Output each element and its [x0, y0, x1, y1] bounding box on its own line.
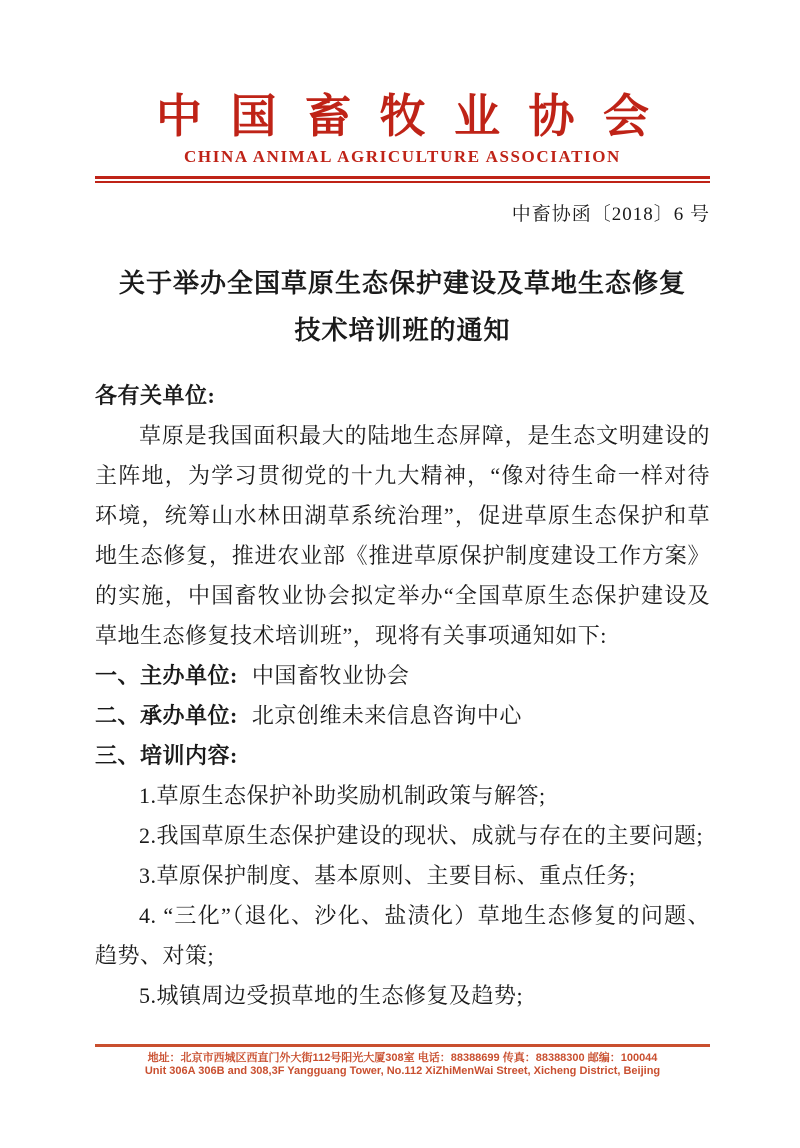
intro-paragraph: 草原是我国面积最大的陆地生态屏障，是生态文明建设的主阵地，为学习贯彻党的十九大精…	[95, 416, 710, 656]
doc-title: 关于举办全国草原生态保护建设及草地生态修复 技术培训班的通知	[95, 260, 710, 354]
training-item-4: 4. “三化”（退化、沙化、盐渍化）草地生态修复的问题、趋势、对策;	[95, 896, 710, 976]
section-organizer-label: 一、主办单位:	[95, 663, 238, 688]
org-name-chinese: 中国畜牧业协会	[95, 92, 739, 143]
doc-title-line1: 关于举办全国草原生态保护建设及草地生态修复	[95, 260, 710, 307]
doc-body: 各有关单位: 草原是我国面积最大的陆地生态屏障，是生态文明建设的主阵地，为学习贯…	[95, 376, 710, 1016]
section-undertaker-label: 二、承办单位:	[95, 703, 238, 728]
training-item-1: 1.草原生态保护补助奖励机制政策与解答;	[95, 776, 710, 816]
footer-text: 地址：北京市西城区西直门外大街112号阳光大厦308室 电话：88388699 …	[95, 1052, 710, 1078]
document-page: 中国畜牧业协会 CHINA ANIMAL AGRICULTURE ASSOCIA…	[0, 0, 800, 1148]
letterhead: 中国畜牧业协会 CHINA ANIMAL AGRICULTURE ASSOCIA…	[95, 0, 710, 183]
salutation: 各有关单位:	[95, 376, 710, 416]
letterhead-divider	[95, 176, 710, 183]
section-undertaker: 二、承办单位:北京创维未来信息咨询中心	[95, 696, 710, 736]
footer-address-english: Unit 306A 306B and 308,3F Yangguang Towe…	[95, 1065, 710, 1078]
doc-title-line2: 技术培训班的通知	[95, 307, 710, 354]
training-item-3: 3.草原保护制度、基本原则、主要目标、重点任务;	[95, 856, 710, 896]
section-training-contents-label: 三、培训内容:	[95, 743, 238, 768]
training-item-2: 2.我国草原生态保护建设的现状、成就与存在的主要问题;	[95, 816, 710, 856]
section-organizer: 一、主办单位:中国畜牧业协会	[95, 656, 710, 696]
footer-address-chinese: 地址：北京市西城区西直门外大街112号阳光大厦308室 电话：88388699 …	[95, 1052, 710, 1065]
section-organizer-value: 中国畜牧业协会	[252, 663, 410, 688]
doc-number: 中畜协函〔2018〕6 号	[95, 199, 710, 226]
section-training-contents: 三、培训内容:	[95, 736, 710, 776]
footer: 地址：北京市西城区西直门外大街112号阳光大厦308室 电话：88388699 …	[95, 1044, 710, 1078]
document-content: 中国畜牧业协会 CHINA ANIMAL AGRICULTURE ASSOCIA…	[95, 0, 710, 1016]
footer-divider	[95, 1044, 710, 1047]
training-item-5: 5.城镇周边受损草地的生态修复及趋势;	[95, 976, 710, 1016]
org-name-english: CHINA ANIMAL AGRICULTURE ASSOCIATION	[95, 147, 710, 167]
section-undertaker-value: 北京创维未来信息咨询中心	[252, 703, 522, 728]
